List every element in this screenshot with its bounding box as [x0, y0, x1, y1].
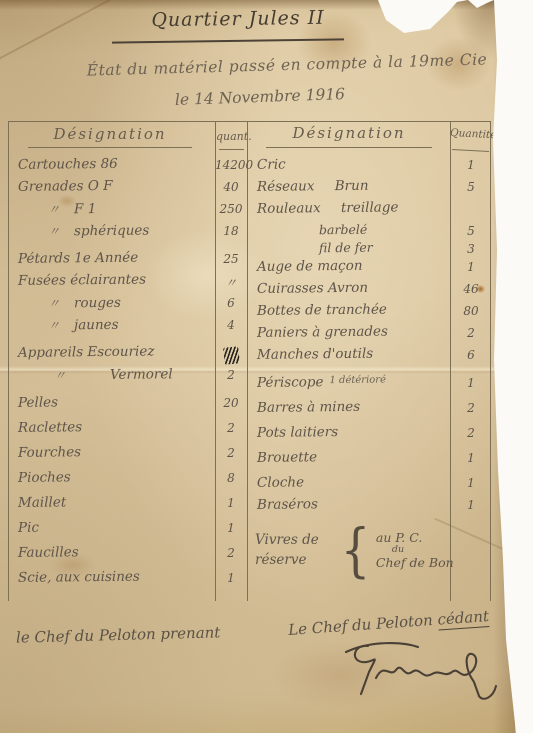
row-qty: 80	[451, 303, 491, 318]
row-label-cell: 〃F 1	[8, 199, 215, 218]
row-label: jaunes	[74, 317, 119, 333]
row-qty: 25	[215, 251, 247, 266]
row-label-cell: 〃rouges	[8, 293, 215, 312]
table-row: Périscope1 détérioré1	[247, 375, 491, 400]
row-label-cell: Maillet	[8, 493, 215, 511]
row-label: Cartouches 86	[18, 156, 118, 173]
row-label-cell: 〃Vermorel	[8, 365, 215, 384]
row-label: barbelé	[319, 222, 367, 238]
row-label: Vivres de	[255, 530, 333, 550]
scribble-mark	[223, 346, 240, 364]
table-row: Grenades O F40	[8, 179, 247, 201]
row-label: Pots laitiers	[257, 424, 338, 441]
row-label: Bottes de tranchée	[257, 302, 387, 319]
row-label: Fusées éclairantes	[18, 272, 146, 289]
table-row: Auge de maçon1	[247, 259, 491, 281]
row-label: F 1	[74, 201, 96, 217]
row-label-cell: Pots laitiers	[247, 423, 451, 441]
table-row: Cartouches 8614200	[8, 157, 247, 179]
row-label: Pioches	[18, 469, 71, 486]
torn-edge-shadow	[493, 0, 515, 733]
document-page: Quartier Jules II État du matériel passé…	[0, 0, 533, 733]
table-row: Faucilles2	[8, 545, 247, 570]
row-qty: 1	[215, 570, 247, 585]
row-label-cell: Manches d'outils	[247, 345, 451, 363]
row-qty: 2	[451, 425, 491, 440]
row-label-cell: Réseaux Brun	[247, 177, 451, 195]
row-label: Réseaux Brun	[257, 178, 369, 195]
table-row: Cloche1	[247, 475, 491, 497]
row-qty: 1	[451, 375, 491, 390]
row-qty: 20	[215, 395, 247, 410]
row-label-cell: 〃sphériques	[8, 221, 215, 240]
document-subtitle: État du matériel passé en compte à la 19…	[62, 50, 512, 81]
row-qty: 250	[215, 201, 247, 216]
document-title: Quartier Jules II	[118, 6, 358, 31]
row-note: Chef de Bon	[376, 555, 454, 570]
table-row: Manches d'outils6	[247, 347, 491, 369]
row-label-cell: barbelé	[247, 221, 451, 238]
row-label-cell: 〃jaunes	[8, 315, 215, 334]
row-label-cell: Brouette	[247, 448, 451, 466]
ditto-mark: 〃	[48, 294, 74, 311]
row-qty: 5	[451, 179, 491, 194]
table-row: Brouette1	[247, 450, 491, 475]
row-label-cell: Périscope1 détérioré	[247, 373, 451, 391]
table-row: Fusées éclairantes〃	[8, 273, 247, 295]
row-qty: 2	[215, 545, 247, 560]
row-label-cell: Cric	[247, 155, 451, 173]
footer-right-emphasis: cédant	[437, 607, 490, 631]
ditto-mark: 〃	[48, 222, 74, 239]
row-qty: 6	[215, 295, 247, 310]
header-underline	[219, 149, 244, 150]
crease-decor	[0, 0, 131, 70]
row-note: au P. C.	[376, 530, 454, 545]
table-row: Cric1	[247, 157, 491, 179]
row-label: Barres à mines	[257, 399, 360, 416]
table-column-left: Cartouches 8614200Grenades O F40〃F 1250〃…	[8, 157, 247, 595]
table-row: Scie, aux cuisines1	[8, 570, 247, 595]
row-qty: 5	[451, 223, 491, 238]
row-label-cell: fil de fer	[247, 239, 451, 256]
row-label: Grenades O F	[18, 178, 113, 195]
row-label-cell: Pioches	[8, 468, 215, 486]
table-row: 〃Vermorel2	[8, 367, 247, 389]
row-qty: 8	[215, 470, 247, 485]
row-qty: 2	[215, 367, 247, 382]
row-qty: 46	[451, 281, 491, 296]
document-date: le 14 Novembre 1916	[140, 84, 380, 110]
table-column-right: Cric1Réseaux Brun5Rouleaux treillagebarb…	[247, 157, 491, 581]
row-label-cell: Pic	[8, 518, 215, 536]
row-label: Cric	[257, 157, 286, 173]
row-qty	[215, 345, 247, 367]
row-qty: 〃	[215, 273, 247, 291]
row-qty: 1	[451, 259, 491, 274]
row-label-cell: Fusées éclairantes	[8, 271, 215, 289]
footer-right-label: Le Chef du Peloton cédant	[288, 607, 490, 639]
row-label: Cuirasses Avron	[257, 280, 368, 297]
row-qty: 1	[451, 157, 491, 172]
table-row: Pétards 1e Année25	[8, 251, 247, 273]
table-row: barbelé5	[247, 223, 491, 241]
row-qty: 2	[451, 400, 491, 415]
row-label: Faucilles	[18, 544, 79, 561]
row-label: Maillet	[18, 494, 66, 511]
header-underline	[28, 147, 192, 148]
row-qty: 2	[215, 445, 247, 460]
row-label-lines: Vivres deréserve	[247, 530, 333, 570]
row-label-cell: Cuirasses Avron	[247, 279, 451, 297]
row-qty: 18	[215, 223, 247, 238]
row-label: Fourches	[18, 444, 81, 461]
row-qty: 1	[451, 475, 491, 490]
row-label: fil de fer	[319, 240, 373, 256]
table-row: Cuirasses Avron46	[247, 281, 491, 303]
row-label: Pelles	[18, 394, 58, 410]
table-row: Fourches2	[8, 445, 247, 470]
row-label-cell: Raclettes	[8, 418, 215, 436]
row-note-lines: au P. C.duChef de Bon	[376, 530, 454, 570]
row-qty: 2	[451, 325, 491, 340]
column-header-quantity-left: quant.	[216, 130, 247, 143]
row-qty	[451, 201, 491, 202]
row-label-cell: Braséros	[247, 495, 451, 513]
table-row: Appareils Escouriez	[8, 345, 247, 367]
row-label: Périscope	[257, 374, 324, 391]
row-label: Braséros	[257, 496, 318, 513]
table-row: Maillet1	[8, 495, 247, 520]
table-row: Pelles20	[8, 395, 247, 420]
footer-left-label: le Chef du Peloton prenant	[16, 623, 221, 646]
row-label-cell: Rouleaux treillage	[247, 199, 451, 217]
brace-glyph: {	[341, 521, 371, 579]
row-label-cell: Scie, aux cuisines	[8, 568, 215, 586]
row-label: Cloche	[257, 474, 304, 490]
row-qty: 3	[451, 241, 491, 256]
header-underline	[266, 147, 432, 148]
table-row: Raclettes2	[8, 420, 247, 445]
row-label-cell: Paniers à grenades	[247, 323, 451, 341]
row-label: Rouleaux treillage	[257, 199, 399, 216]
row-qty: 40	[215, 179, 247, 194]
row-label-cell: Auge de maçon	[247, 257, 451, 275]
table-row: Rouleaux treillage	[247, 201, 491, 223]
table-row: Pic1	[8, 520, 247, 545]
table-row: Vivres deréserve{au P. C.duChef de Bon	[247, 519, 491, 581]
row-label-cell: Grenades O F	[8, 177, 215, 195]
table-row: fil de fer3	[247, 241, 491, 259]
row-qty: 6	[451, 347, 491, 362]
table-border-top	[8, 121, 491, 122]
table-row: 〃rouges6	[8, 295, 247, 317]
row-label-cell: Pelles	[8, 393, 215, 411]
row-label-cell: Bottes de tranchée	[247, 301, 451, 319]
row-qty: 2	[215, 420, 247, 435]
row-note: 1 détérioré	[329, 375, 386, 387]
table-row: 〃jaunes4	[8, 317, 247, 339]
row-label-cell: Fourches	[8, 443, 215, 461]
header-underline	[452, 149, 489, 152]
table-row: 〃F 1250	[8, 201, 247, 223]
table-row: Barres à mines2	[247, 400, 491, 425]
row-label-cell: Pétards 1e Année	[8, 249, 215, 267]
table-row: Bottes de tranchée80	[247, 303, 491, 325]
row-label: Scie, aux cuisines	[18, 569, 140, 586]
row-label: réserve	[255, 550, 333, 570]
footer-right-prefix: Le Chef du Peloton	[288, 611, 434, 639]
row-label: Auge de maçon	[257, 258, 363, 275]
row-label: Brouette	[257, 449, 317, 466]
row-label: Appareils Escouriez	[18, 343, 155, 360]
table-row: Pioches8	[8, 470, 247, 495]
row-label: sphériques	[74, 223, 149, 240]
row-label: Manches d'outils	[257, 346, 373, 363]
ditto-mark: 〃	[48, 316, 74, 333]
ditto-mark: 〃	[54, 366, 110, 384]
column-header-designation-left: Désignation	[28, 125, 192, 143]
column-header-designation-right: Désignation	[266, 124, 432, 142]
row-label: rouges	[74, 295, 121, 311]
row-qty: 4	[215, 317, 247, 332]
row-label: Vermorel	[110, 366, 173, 383]
row-label: Pétards 1e Année	[18, 250, 138, 267]
row-qty: 1	[451, 450, 491, 465]
row-note: du	[376, 545, 454, 555]
signature	[338, 636, 513, 702]
column-header-quantity-right: Quantités	[450, 127, 493, 141]
table-row: Pots laitiers2	[247, 425, 491, 450]
row-label: Raclettes	[18, 419, 82, 436]
row-label-cell: Faucilles	[8, 543, 215, 561]
ditto-mark: 〃	[48, 200, 74, 217]
row-label-cell: Cartouches 86	[8, 155, 215, 173]
row-qty: 1	[215, 495, 247, 510]
table-row: Paniers à grenades2	[247, 325, 491, 347]
row-label-cell: Barres à mines	[247, 398, 451, 416]
row-qty: 14200	[215, 157, 247, 172]
row-qty: 1	[451, 497, 491, 512]
row-qty: 1	[215, 520, 247, 535]
title-underline	[112, 38, 344, 43]
row-label-cell: Appareils Escouriez	[8, 343, 215, 361]
row-label: Pic	[18, 520, 39, 536]
row-label: Paniers à grenades	[257, 324, 388, 341]
table-row: 〃sphériques18	[8, 223, 247, 245]
table-row: Réseaux Brun5	[247, 179, 491, 201]
row-label-cell: Cloche	[247, 473, 451, 491]
